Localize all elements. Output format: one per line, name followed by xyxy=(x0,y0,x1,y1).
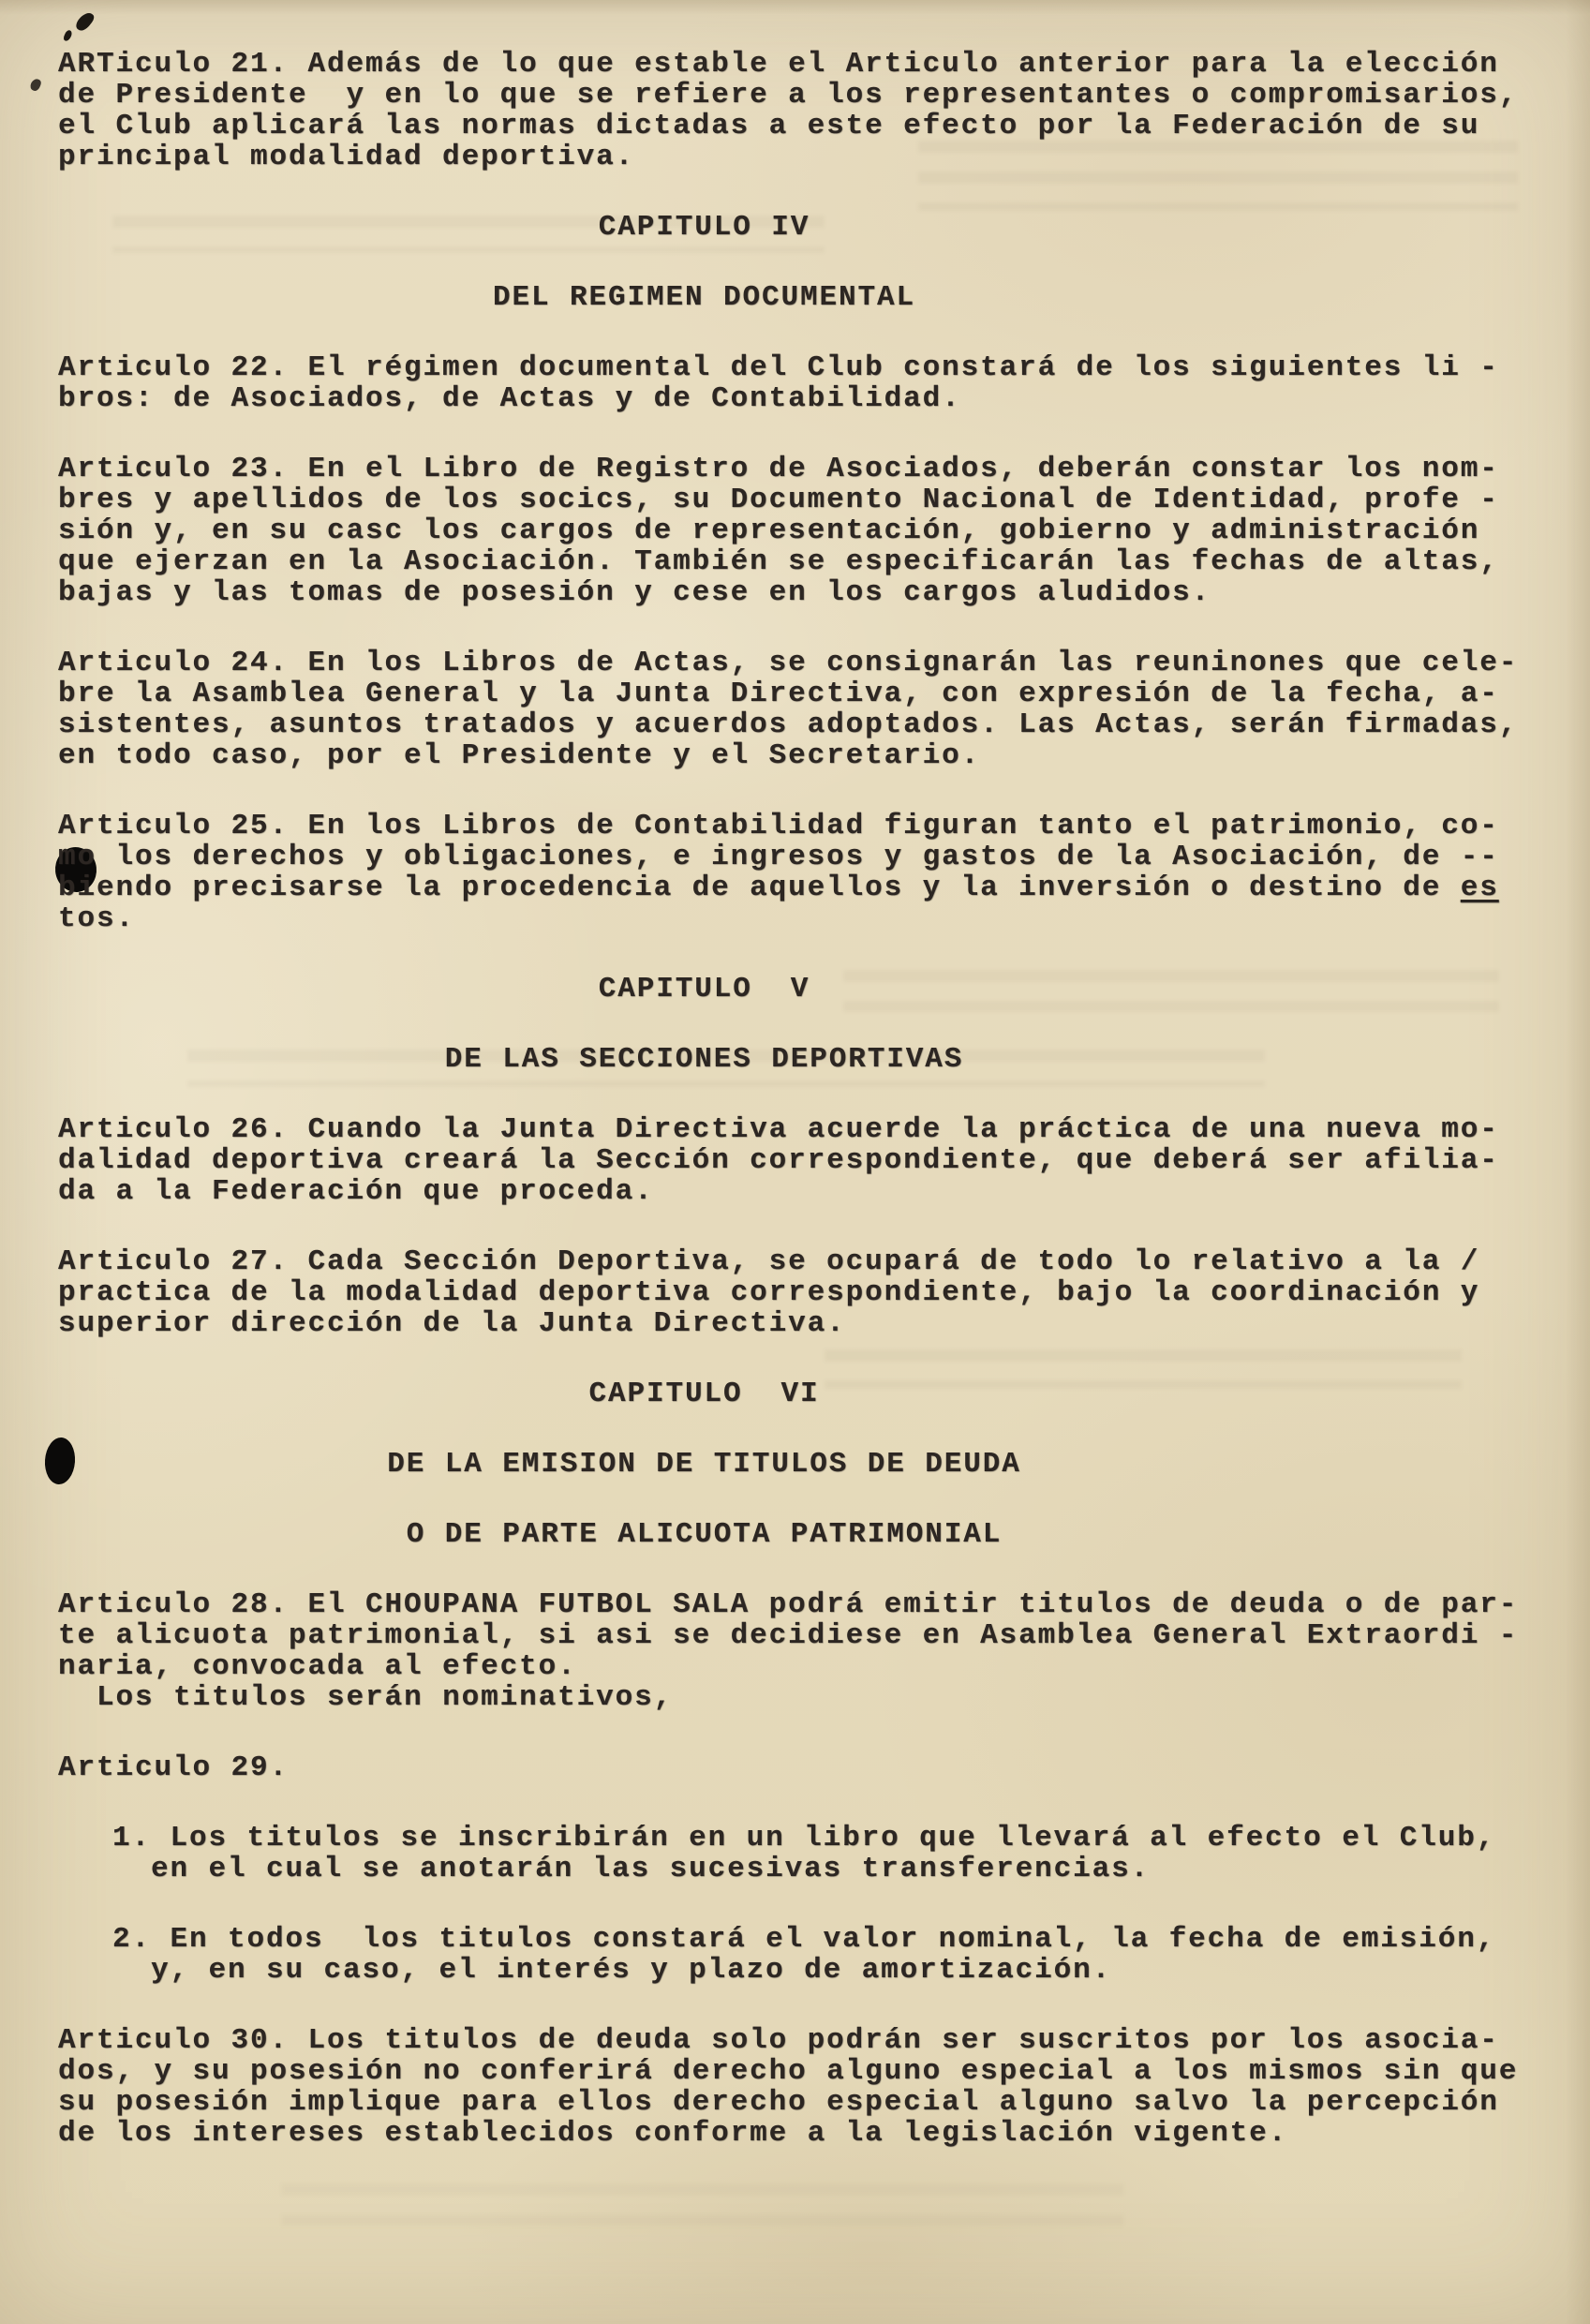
scanned-document-page: ARTiculo 21. Además de lo que estable el… xyxy=(0,0,1590,2324)
article-25-text-end: tos. xyxy=(58,902,135,935)
article-22: Articulo 22. El régimen documental del C… xyxy=(58,352,1566,414)
article-30: Articulo 30. Los titulos de deuda solo p… xyxy=(58,2025,1566,2149)
article-24: Articulo 24. En los Libros de Actas, se … xyxy=(58,648,1566,771)
article-25-underlined-word: es xyxy=(1461,871,1499,904)
chapter-6-subtitle-line-2: O DE PARTE ALICUOTA PATRIMONIAL xyxy=(58,1519,1566,1550)
article-28: Articulo 28. El CHOUPANA FUTBOL SALA pod… xyxy=(58,1589,1566,1713)
article-29: Articulo 29. xyxy=(58,1752,1566,1783)
article-25: Articulo 25. En los Libros de Contabilid… xyxy=(58,811,1566,934)
article-25-text: Articulo 25. En los Libros de Contabilid… xyxy=(58,810,1499,904)
chapter-5-subtitle: DE LAS SECCIONES DEPORTIVAS xyxy=(58,1044,1566,1075)
article-26: Articulo 26. Cuando la Junta Directiva a… xyxy=(58,1114,1566,1207)
article-21: ARTiculo 21. Además de lo que estable el… xyxy=(58,49,1566,172)
chapter-6-subtitle-line-1: DE LA EMISION DE TITULOS DE DEUDA xyxy=(58,1449,1566,1480)
document-body: ARTiculo 21. Además de lo que estable el… xyxy=(0,0,1590,2149)
chapter-4-heading: CAPITULO IV xyxy=(58,212,1566,243)
chapter-5-heading: CAPITULO V xyxy=(58,974,1566,1005)
chapter-4-subtitle: DEL REGIMEN DOCUMENTAL xyxy=(58,282,1566,313)
article-29-item-1: 1. Los titulos se inscribirán en un libr… xyxy=(112,1823,1566,1885)
bleed-through-text xyxy=(281,2183,1124,2240)
article-23: Articulo 23. En el Libro de Registro de … xyxy=(58,454,1566,608)
article-27: Articulo 27. Cada Sección Deportiva, se … xyxy=(58,1246,1566,1339)
chapter-6-heading: CAPITULO VI xyxy=(58,1378,1566,1409)
article-29-item-2: 2. En todos los titulos constará el valo… xyxy=(112,1924,1566,1986)
